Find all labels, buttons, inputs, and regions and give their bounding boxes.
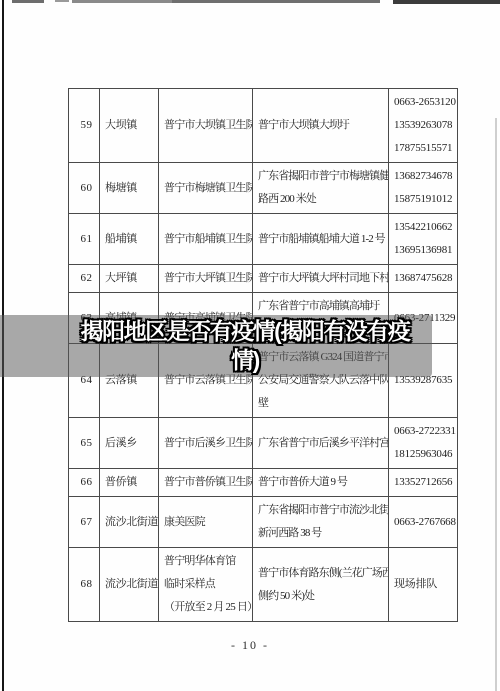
table-row: 62 大坪镇 普宁市大坪镇卫生院 普宁市大坪镇大坪村司地下村 136874756… xyxy=(69,265,458,293)
contact-cell: 0663-26531201353926307817875515571 xyxy=(389,89,458,163)
contact-cell: 13352712656 xyxy=(389,469,458,497)
town-cell: 梅塘镇 xyxy=(100,163,159,214)
contact-cell: 0663-272233118125963046 xyxy=(389,418,458,469)
town-cell: 普侨镇 xyxy=(100,469,159,497)
row-number-cell: 67 xyxy=(69,497,100,548)
site-name-cell: 普宁市梅塘镇卫生院 xyxy=(159,163,253,214)
site-name-cell: 普宁市大坪镇卫生院 xyxy=(159,265,253,293)
scan-right-edge-shadow xyxy=(495,118,497,691)
scan-top-streak xyxy=(12,0,44,3)
cell-line: 普宁市普侨镇卫生院 xyxy=(164,471,252,494)
cell-line: 0663-2653120 xyxy=(394,91,457,114)
town-cell: 后溪乡 xyxy=(100,418,159,469)
scan-top-streak xyxy=(55,0,69,2)
contact-cell: 1354221066213695136981 xyxy=(389,214,458,265)
address-cell: 广东省普宁市后溪乡平洋村宫角 xyxy=(253,418,389,469)
address-cell: 广东省揭阳市普宁市梅塘镇健康路西 200 米处 xyxy=(253,163,389,214)
cell-line: 普宁市船埔镇卫生院 xyxy=(164,228,252,251)
town-cell: 大坪镇 xyxy=(100,265,159,293)
cell-line: 13539263078 xyxy=(394,114,457,137)
cell-line: 普宁市大坝镇卫生院 xyxy=(164,114,252,137)
cell-line: （开放至 2 月 25 日） xyxy=(164,596,252,619)
cell-line: 13542210662 xyxy=(394,216,457,239)
site-name-cell: 普宁市大坝镇卫生院 xyxy=(159,89,253,163)
cell-line: 普宁市大坪镇大坪村司地下村 xyxy=(258,267,388,290)
cell-line: 临时采样点 xyxy=(164,573,252,596)
cell-line: 13695136981 xyxy=(394,239,457,262)
site-name-cell: 普宁市普侨镇卫生院 xyxy=(159,469,253,497)
contact-cell: 1368273467815875191012 xyxy=(389,163,458,214)
page-number: - 10 - xyxy=(0,638,500,653)
cell-line: 15875191012 xyxy=(394,188,457,211)
row-number-cell: 65 xyxy=(69,418,100,469)
row-number-cell: 62 xyxy=(69,265,100,293)
table-row: 68 流沙北街道 普宁明华体育馆临时采样点（开放至 2 月 25 日） 普宁市体… xyxy=(69,548,458,622)
table-row: 65 后溪乡 普宁市后溪乡卫生院 广东省普宁市后溪乡平洋村宫角 0663-272… xyxy=(69,418,458,469)
cell-line: 现场排队 xyxy=(394,573,457,596)
cell-line: 17875515571 xyxy=(394,137,457,160)
town-cell: 大坝镇 xyxy=(100,89,159,163)
address-cell: 普宁市大坝镇大坝圩 xyxy=(253,89,389,163)
cell-line: 普宁市后溪乡卫生院 xyxy=(164,432,252,455)
table-row: 66 普侨镇 普宁市普侨镇卫生院 普宁市普侨大道 9 号 13352712656 xyxy=(69,469,458,497)
address-cell: 广东省揭阳市普宁市流沙北街道新河西路 38 号 xyxy=(253,497,389,548)
cell-line: 广东省揭阳市普宁市梅塘镇健康 xyxy=(258,165,388,188)
cell-line: 广东省普宁市后溪乡平洋村宫角 xyxy=(258,432,388,455)
cell-line: 0663-2767668 xyxy=(394,511,457,534)
site-name-cell: 普宁市船埔镇卫生院 xyxy=(159,214,253,265)
cell-line: 13682734678 xyxy=(394,165,457,188)
table-row: 67 流沙北街道 康美医院 广东省揭阳市普宁市流沙北街道新河西路 38 号 06… xyxy=(69,497,458,548)
address-cell: 普宁市体育路东侧(兰花广场西侧约 50 米)处 xyxy=(253,548,389,622)
address-cell: 普宁市大坪镇大坪村司地下村 xyxy=(253,265,389,293)
town-cell: 流沙北街道 xyxy=(100,548,159,622)
cell-line: 侧约 50 米)处 xyxy=(258,585,388,608)
contact-cell: 13687475628 xyxy=(389,265,458,293)
cell-line: 路西 200 米处 xyxy=(258,188,388,211)
cell-line: 普宁市大坪镇卫生院 xyxy=(164,267,252,290)
address-cell: 普宁市船埔镇船埔大道 1-2 号 xyxy=(253,214,389,265)
table-row: 60 梅塘镇 普宁市梅塘镇卫生院 广东省揭阳市普宁市梅塘镇健康路西 200 米处… xyxy=(69,163,458,214)
town-cell: 船埔镇 xyxy=(100,214,159,265)
site-name-cell: 普宁明华体育馆临时采样点（开放至 2 月 25 日） xyxy=(159,548,253,622)
row-number-cell: 68 xyxy=(69,548,100,622)
cell-line: 0663-2722331 xyxy=(394,420,457,443)
scan-top-streak xyxy=(172,0,380,3)
row-number-cell: 61 xyxy=(69,214,100,265)
cell-line: 新河西路 38 号 xyxy=(258,522,388,545)
town-cell: 流沙北街道 xyxy=(100,497,159,548)
row-number-cell: 60 xyxy=(69,163,100,214)
address-cell: 普宁市普侨大道 9 号 xyxy=(253,469,389,497)
cell-line: 普宁市船埔镇船埔大道 1-2 号 xyxy=(258,228,388,251)
table-row: 59 大坝镇 普宁市大坝镇卫生院 普宁市大坝镇大坝圩 0663-26531201… xyxy=(69,89,458,163)
scan-top-streak xyxy=(72,0,172,3)
site-name-cell: 普宁市后溪乡卫生院 xyxy=(159,418,253,469)
cell-line: 普宁明华体育馆 xyxy=(164,550,252,573)
cell-line: 康美医院 xyxy=(164,511,252,534)
cell-line: 广东省揭阳市普宁市流沙北街道 xyxy=(258,499,388,522)
site-name-cell: 康美医院 xyxy=(159,497,253,548)
cell-line: 壁 xyxy=(258,392,388,415)
row-number-cell: 66 xyxy=(69,469,100,497)
cell-line: 普宁市体育路东侧(兰花广场西 xyxy=(258,562,388,585)
cell-line: 普宁市大坝镇大坝圩 xyxy=(258,114,388,137)
contact-cell: 现场排队 xyxy=(389,548,458,622)
table-row: 61 船埔镇 普宁市船埔镇卫生院 普宁市船埔镇船埔大道 1-2 号 135422… xyxy=(69,214,458,265)
cell-line: 普宁市普侨大道 9 号 xyxy=(258,471,388,494)
cell-line: 普宁市梅塘镇卫生院 xyxy=(164,177,252,200)
watermark-banner-title: 揭阳地区是否有疫情(揭阳有没有疫情) xyxy=(70,317,420,375)
row-number-cell: 59 xyxy=(69,89,100,163)
cell-line: 13352712656 xyxy=(394,471,457,494)
cell-line: 13687475628 xyxy=(394,267,457,290)
scan-top-streak xyxy=(393,0,500,4)
scanned-document-page: 59 大坝镇 普宁市大坝镇卫生院 普宁市大坝镇大坝圩 0663-26531201… xyxy=(0,0,500,691)
cell-line: 18125963046 xyxy=(394,443,457,466)
contact-cell: 0663-2767668 xyxy=(389,497,458,548)
